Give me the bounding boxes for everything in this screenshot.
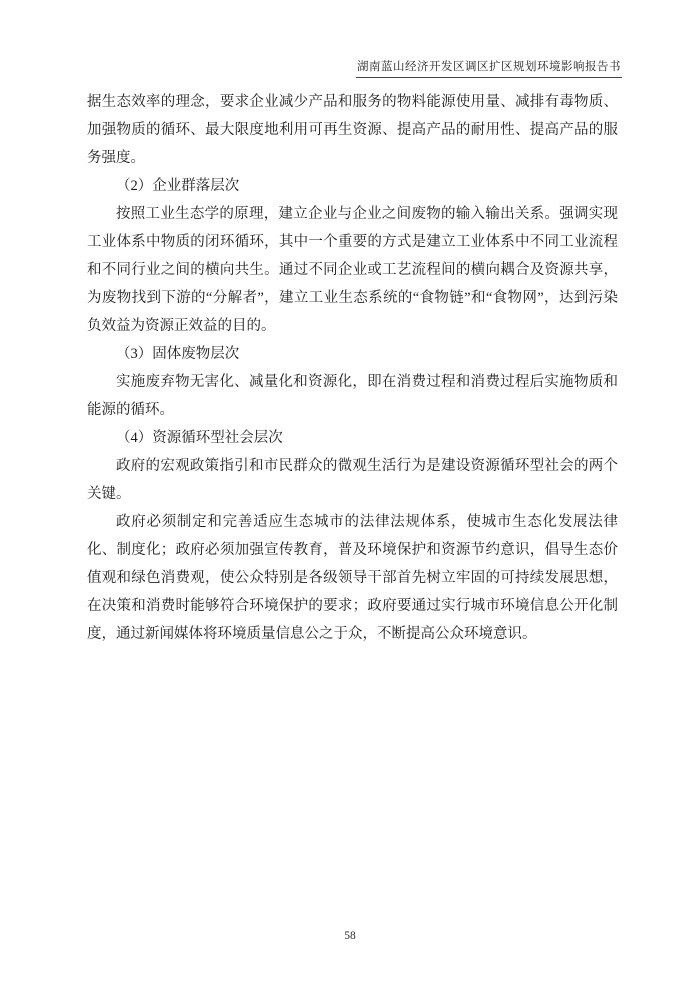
- page-header: 湖南蓝山经济开发区调区扩区规划环境影响报告书: [87, 57, 622, 78]
- paragraph-eco-efficiency-continuation: 据生态效率的理念，要求企业减少产品和服务的物料能源使用量、减排有毒物质、加强物质…: [87, 88, 618, 172]
- document-page: 湖南蓝山经济开发区调区扩区规划环境影响报告书 据生态效率的理念，要求企业减少产品…: [0, 0, 700, 990]
- heading-solid-waste-level: （3）固体废物层次: [87, 340, 618, 368]
- heading-recycling-society-level: （4）资源循环型社会层次: [87, 424, 618, 452]
- paragraph-industrial-ecology: 按照工业生态学的原理，建立企业与企业之间废物的输入输出关系。强调实现工业体系中物…: [87, 200, 618, 340]
- page-number: 58: [0, 930, 700, 942]
- paragraph-waste-treatment: 实施废弃物无害化、减量化和资源化，即在消费过程和消费过程后实施物质和能源的循环。: [87, 368, 618, 424]
- document-body: 据生态效率的理念，要求企业减少产品和服务的物料能源使用量、减排有毒物质、加强物质…: [87, 88, 618, 648]
- report-title-running-head: 湖南蓝山经济开发区调区扩区规划环境影响报告书: [356, 60, 622, 78]
- paragraph-government-policy: 政府必须制定和完善适应生态城市的法律法规体系，使城市生态化发展法律化、制度化；政…: [87, 508, 618, 648]
- heading-enterprise-community-level: （2）企业群落层次: [87, 172, 618, 200]
- paragraph-government-and-citizens: 政府的宏观政策指引和市民群众的微观生活行为是建设资源循环型社会的两个关键。: [87, 452, 618, 508]
